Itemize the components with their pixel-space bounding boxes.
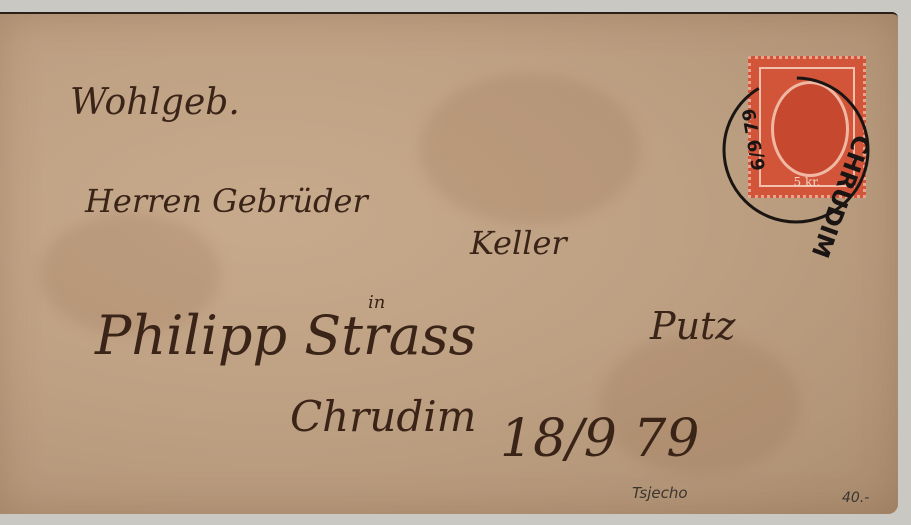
postmark-date: 6/9 79 (739, 107, 771, 173)
postmark: CHRUDIM 6/9 79 (0, 0, 911, 525)
postmark-town: CHRUDIM (806, 131, 876, 261)
